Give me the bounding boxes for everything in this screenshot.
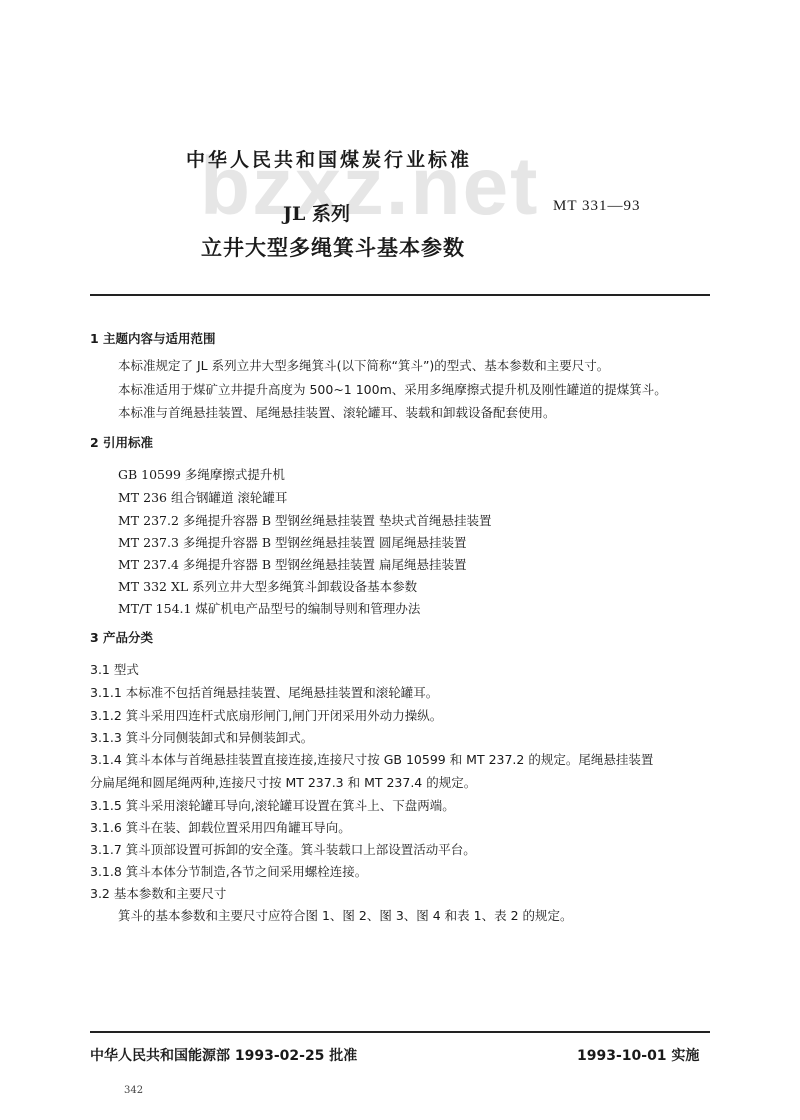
effective-date: 1993-10-01 实施 <box>577 1045 699 1065</box>
clause-3-1-4: 3.1.4 箕斗本体与首绳悬挂装置直接连接,连接尺寸按 GB 10599 和 M… <box>90 750 653 768</box>
standard-code: MT 331—93 <box>553 198 640 215</box>
footer-divider <box>90 1031 710 1033</box>
title-line-1: JL 系列 <box>283 199 350 226</box>
reference-item: MT 236 组合钢罐道 滚轮罐耳 <box>118 488 287 506</box>
reference-item: MT 237.4 多绳提升容器 B 型钢丝绳悬挂装置 扁尾绳悬挂装置 <box>118 555 466 573</box>
section-1-para-1: 本标准规定了 JL 系列立井大型多绳箕斗(以下简称“箕斗”)的型式、基本参数和主… <box>118 356 609 374</box>
issuing-organization: 中华人民共和国煤炭行业标准 <box>186 145 472 172</box>
section-1-para-2: 本标准适用于煤矿立井提升高度为 500~1 100m、采用多绳摩擦式提升机及刚性… <box>118 380 667 398</box>
reference-item: GB 10599 多绳摩擦式提升机 <box>118 465 285 483</box>
clause-3-1-7: 3.1.7 箕斗顶部设置可拆卸的安全蓬。箕斗装载口上部设置活动平台。 <box>90 840 476 858</box>
page-number: 342 <box>124 1085 143 1096</box>
section-1-para-3: 本标准与首绳悬挂装置、尾绳悬挂装置、滚轮罐耳、装载和卸载设备配套使用。 <box>118 403 556 421</box>
clause-3-1-5: 3.1.5 箕斗采用滚轮罐耳导向,滚轮罐耳设置在箕斗上、下盘两端。 <box>90 796 455 814</box>
reference-item: MT 332 XL 系列立井大型多绳箕斗卸载设备基本参数 <box>118 577 417 595</box>
section-1-heading: 1 主题内容与适用范围 <box>90 329 216 347</box>
clause-3-1-3: 3.1.3 箕斗分同侧装卸式和异侧装卸式。 <box>90 728 313 746</box>
clause-3-2-text: 箕斗的基本参数和主要尺寸应符合图 1、图 2、图 3、图 4 和表 1、表 2 … <box>118 906 573 924</box>
clause-3-1-4-cont: 分扁尾绳和圆尾绳两种,连接尺寸按 MT 237.3 和 MT 237.4 的规定… <box>90 773 476 791</box>
clause-3-1: 3.1 型式 <box>90 660 139 678</box>
reference-item: MT/T 154.1 煤矿机电产品型号的编制导则和管理办法 <box>118 599 420 617</box>
reference-item: MT 237.2 多绳提升容器 B 型钢丝绳悬挂装置 垫块式首绳悬挂装置 <box>118 511 491 529</box>
clause-3-2: 3.2 基本参数和主要尺寸 <box>90 884 226 902</box>
section-3-heading: 3 产品分类 <box>90 628 153 646</box>
clause-3-1-8: 3.1.8 箕斗本体分节制造,各节之间采用螺栓连接。 <box>90 862 367 880</box>
title-line-2: 立井大型多绳箕斗基本参数 <box>201 232 465 262</box>
clause-3-1-1: 3.1.1 本标准不包括首绳悬挂装置、尾绳悬挂装置和滚轮罐耳。 <box>90 683 438 701</box>
clause-3-1-6: 3.1.6 箕斗在装、卸载位置采用四角罐耳导向。 <box>90 818 351 836</box>
header-divider <box>90 294 710 296</box>
approval-date: 中华人民共和国能源部 1993-02-25 批准 <box>90 1045 357 1065</box>
section-2-heading: 2 引用标准 <box>90 433 153 451</box>
clause-3-1-2: 3.1.2 箕斗采用四连杆式底扇形闸门,闸门开闭采用外动力操纵。 <box>90 706 442 724</box>
reference-item: MT 237.3 多绳提升容器 B 型钢丝绳悬挂装置 圆尾绳悬挂装置 <box>118 533 466 551</box>
